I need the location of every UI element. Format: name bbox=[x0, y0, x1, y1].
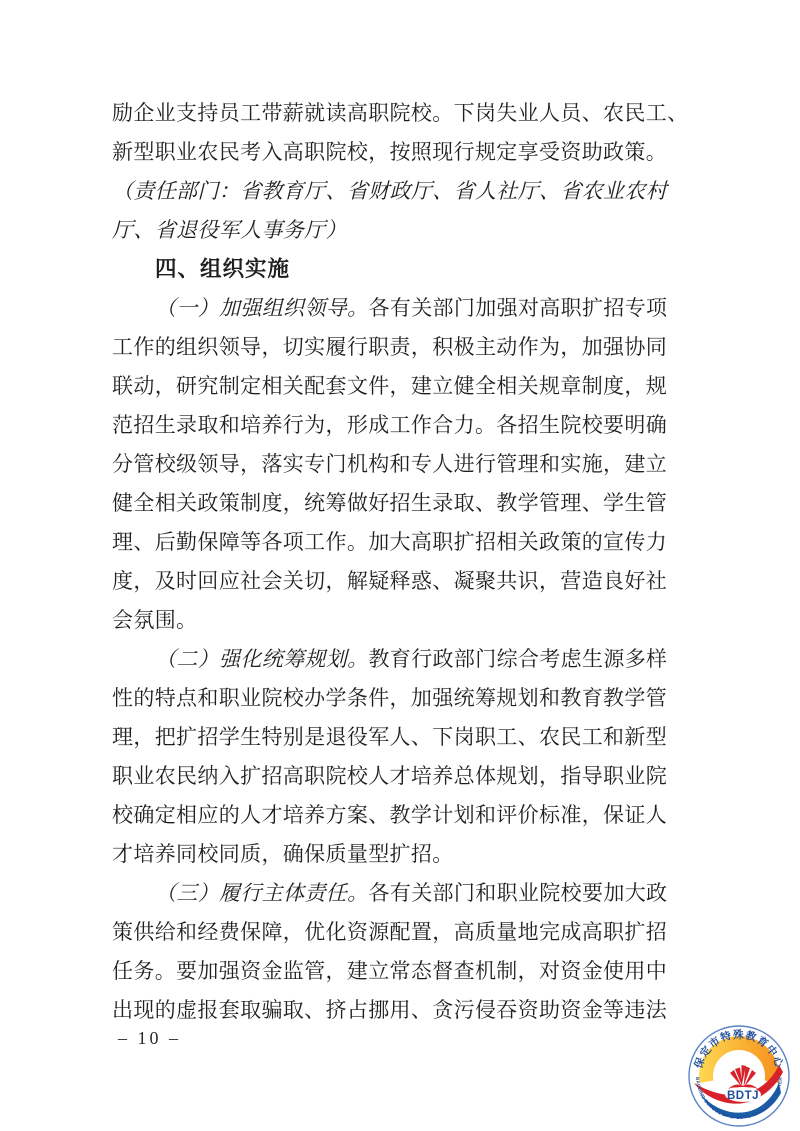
page-number: – 10 – bbox=[118, 1028, 181, 1049]
text-line: 理，把扩招学生特别是退役军人、下岗职工、农民工和新型 bbox=[112, 718, 690, 757]
text-line: 厅、省退役军人事务厅） bbox=[112, 211, 690, 250]
document-body: 励企业支持员工带薪就读高职院校。下岗失业人员、农民工、新型职业农民考入高职院校，… bbox=[112, 94, 690, 1030]
text-line: 任务。要加强资金监管，建立常态督查机制，对资金使用中 bbox=[112, 952, 690, 991]
school-seal-logo: BDTJ 保定市特殊教育中心 BAODING SCHOOL OF SPECIAL… bbox=[686, 1023, 792, 1129]
paragraph-lead: （二）强化统筹规划。 bbox=[155, 647, 369, 671]
text-line: 分管校级领导，落实专门机构和专人进行管理和实施，建立 bbox=[112, 445, 690, 484]
text-line: 健全相关政策制度，统筹做好招生录取、教学管理、学生管 bbox=[112, 484, 690, 523]
section-heading: 四、组织实施 bbox=[112, 250, 690, 289]
text-line: （责任部门：省教育厅、省财政厅、省人社厅、省农业农村 bbox=[112, 172, 690, 211]
text-line: （二）强化统筹规划。教育行政部门综合考虑生源多样 bbox=[112, 640, 690, 679]
text-line: 校确定相应的人才培养方案、教学计划和评价标准，保证人 bbox=[112, 796, 690, 835]
text-line: （一）加强组织领导。各有关部门加强对高职扩招专项 bbox=[112, 289, 690, 328]
text-line: 性的特点和职业院校办学条件，加强统筹规划和教育教学管 bbox=[112, 679, 690, 718]
text-line: 理、后勤保障等各项工作。加大高职扩招相关政策的宣传力 bbox=[112, 523, 690, 562]
text-line: 会氛围。 bbox=[112, 601, 690, 640]
text-line: 度，及时回应社会关切，解疑释惑、凝聚共识，营造良好社 bbox=[112, 562, 690, 601]
text-line: 出现的虚报套取骗取、挤占挪用、贪污侵吞资助资金等违法 bbox=[112, 991, 690, 1030]
paragraph-lead: （三）履行主体责任。 bbox=[155, 881, 369, 905]
text-line: 工作的组织领导，切实履行职责，积极主动作为，加强协同 bbox=[112, 328, 690, 367]
text-line: 联动，研究制定相关配套文件，建立健全相关规章制度，规 bbox=[112, 367, 690, 406]
seal-emblem-icon: BDTJ 保定市特殊教育中心 BAODING SCHOOL OF SPECIAL… bbox=[686, 1023, 792, 1129]
text-line: （三）履行主体责任。各有关部门和职业院校要加大政 bbox=[112, 874, 690, 913]
text-line: 范招生录取和培养行为，形成工作合力。各招生院校要明确 bbox=[112, 406, 690, 445]
text-line: 新型职业农民考入高职院校，按照现行规定享受资助政策。 bbox=[112, 133, 690, 172]
document-page: 励企业支持员工带薪就读高职院校。下岗失业人员、农民工、新型职业农民考入高职院校，… bbox=[0, 0, 800, 1131]
text-line: 策供给和经费保障，优化资源配置，高质量地完成高职扩招 bbox=[112, 913, 690, 952]
paragraph-lead: （一）加强组织领导。 bbox=[155, 296, 369, 320]
text-line: 才培养同校同质，确保质量型扩招。 bbox=[112, 835, 690, 874]
seal-monogram: BDTJ bbox=[727, 1090, 759, 1102]
text-line: 励企业支持员工带薪就读高职院校。下岗失业人员、农民工、 bbox=[112, 94, 690, 133]
text-line: 职业农民纳入扩招高职院校人才培养总体规划，指导职业院 bbox=[112, 757, 690, 796]
